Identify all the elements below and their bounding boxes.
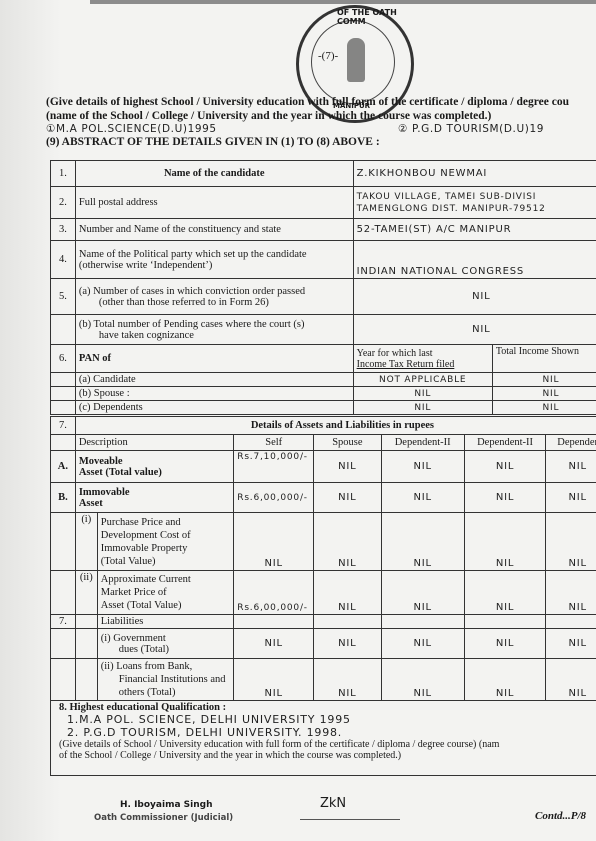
oath-commissioner-name: H. Iboyaima Singh — [120, 800, 213, 810]
blank-cell — [51, 513, 76, 571]
oath-commissioner-title: Oath Commissioner (Judicial) — [94, 813, 233, 823]
blank-cell — [234, 615, 314, 629]
header-self: Self — [234, 435, 314, 451]
label-line: (Total Value) — [101, 555, 231, 568]
value-self: Rs.6,00,000/- — [234, 571, 314, 615]
field-label: Purchase Price and Development Cost of I… — [97, 513, 234, 571]
value-dependent: NIL — [381, 629, 464, 659]
field-label: (ii) Loans from Bank,Financial Instituti… — [97, 659, 234, 701]
row-pan-header: 6. PAN of Year for which lastIncome Tax … — [51, 345, 596, 373]
continued-label: Contd...P/8 — [535, 810, 586, 822]
value-spouse: NIL — [314, 513, 381, 571]
blank-cell — [51, 373, 76, 387]
value-dependent: NIL — [546, 629, 596, 659]
value-dependent: NIL — [464, 659, 545, 701]
label-line: (i) Government — [101, 633, 231, 644]
row-pan-candidate: (a) Candidate NOT APPLICABLE NIL — [51, 373, 596, 387]
signature-line — [300, 819, 400, 820]
total-income-header: Total Income Shown — [492, 345, 596, 373]
label-line: Approximate Current — [101, 573, 231, 586]
row-moveable-asset: A. MoveableAsset (Total value) Rs.7,10,0… — [51, 451, 596, 483]
label-line: dues (Total) — [101, 644, 231, 655]
label-line: Market Price of — [101, 586, 231, 599]
label-line: Asset (Total Value) — [101, 599, 231, 612]
instruction-line-2: (name of the School / College / Universi… — [46, 110, 491, 122]
itr-year-header: Year for which lastIncome Tax Return fil… — [353, 345, 492, 373]
value-self: NIL — [234, 513, 314, 571]
field-label: PAN of — [75, 345, 353, 373]
label-line: Moveable — [79, 456, 230, 467]
row-code: (i) — [75, 513, 97, 571]
blank-cell — [51, 629, 76, 659]
row-pan-spouse: (b) Spouse : NIL NIL — [51, 387, 596, 401]
row-candidate-name: 1. Name of the candidate Z.KIKHONBOU NEW… — [51, 161, 596, 187]
address-line-1: TAKOU VILLAGE, TAMEI SUB-DIVISI — [357, 191, 596, 203]
field-label: ImmovableAsset — [75, 483, 233, 513]
field-label: (i) Governmentdues (Total) — [97, 629, 234, 659]
row-number: 7. — [51, 417, 76, 435]
pan-label: (b) Spouse : — [75, 387, 353, 401]
value-dependent: NIL — [546, 451, 596, 483]
candidate-signature: ZkN — [320, 796, 346, 811]
blank-cell — [51, 659, 76, 701]
candidate-name-value: Z.KIKHONBOU NEWMAI — [353, 161, 596, 187]
blank-cell — [314, 615, 381, 629]
pan-year: NIL — [353, 387, 492, 401]
blank-cell — [464, 615, 545, 629]
field-label: Name of the candidate — [75, 161, 353, 187]
education-entry-2: 2. P.G.D TOURISM, DELHI UNIVERSITY. 1998… — [59, 726, 596, 739]
row-code: (ii) — [75, 571, 97, 615]
value-dependent: NIL — [464, 483, 545, 513]
value-dependent: NIL — [546, 483, 596, 513]
section-8-title: 8. Highest educational Qualification : — [59, 702, 596, 713]
header-line: Year for which last — [357, 348, 489, 359]
row-number: 3. — [51, 219, 76, 241]
label-line: Asset — [79, 498, 230, 509]
blank-cell — [51, 435, 76, 451]
row-pan-dependents: (c) Dependents NIL NIL — [51, 401, 596, 415]
label-line: Financial Institutions and — [101, 673, 231, 686]
value-dependent: NIL — [381, 483, 464, 513]
value-spouse: NIL — [314, 571, 381, 615]
row-number: 2. — [51, 187, 76, 219]
row-number: 6. — [51, 345, 76, 373]
blank-cell — [75, 629, 97, 659]
abstract-table-top: 1. Name of the candidate Z.KIKHONBOU NEW… — [50, 160, 596, 415]
pan-year: NOT APPLICABLE — [353, 373, 492, 387]
conviction-value: NIL — [353, 279, 596, 315]
label-line: Purchase Price and — [101, 516, 231, 529]
value-spouse: NIL — [314, 659, 381, 701]
label-line: (ii) Loans from Bank, — [101, 660, 231, 673]
field-label: Number and Name of the constituency and … — [75, 219, 353, 241]
liabilities-label: Liabilities — [97, 615, 234, 629]
address-line-2: TAMENGLONG DIST. MANIPUR-79512 — [357, 203, 596, 215]
label-line: Asset (Total value) — [79, 467, 230, 478]
pending-value: NIL — [353, 315, 596, 345]
row-purchase-price: (i) Purchase Price and Development Cost … — [51, 513, 596, 571]
postal-address-value: TAKOU VILLAGE, TAMEI SUB-DIVISI TAMENGLO… — [353, 187, 596, 219]
label-line: have taken cognizance — [79, 330, 350, 341]
section-9-title: (9) ABSTRACT OF THE DETAILS GIVEN IN (1)… — [46, 136, 380, 148]
row-constituency: 3. Number and Name of the constituency a… — [51, 219, 596, 241]
row-market-price: (ii) Approximate Current Market Price of… — [51, 571, 596, 615]
value-dependent: NIL — [464, 629, 545, 659]
value-dependent: NIL — [464, 451, 545, 483]
education-entry-1: 1.M.A POL. SCIENCE, DELHI UNIVERSITY 199… — [59, 713, 596, 726]
assets-liabilities-table: 7. Details of Assets and Liabilities in … — [50, 416, 596, 701]
label-line: (b) Total number of Pending cases where … — [79, 319, 350, 330]
pan-label: (a) Candidate — [75, 373, 353, 387]
handwritten-edu-2: ② P.G.D TOURISM(D.U)19 — [398, 123, 544, 135]
header-dependent: Depender — [546, 435, 596, 451]
value-dependent: NIL — [381, 571, 464, 615]
row-number — [51, 315, 76, 345]
field-label: Approximate Current Market Price of Asse… — [97, 571, 234, 615]
label-line: Name of the Political party which set up… — [79, 249, 350, 260]
row-code: A. — [51, 451, 76, 483]
header-dependent: Dependent-II — [381, 435, 464, 451]
label-line: Immovable — [79, 487, 230, 498]
field-label: (a) Number of cases in which conviction … — [75, 279, 353, 315]
value-self: NIL — [234, 659, 314, 701]
value-dependent: NIL — [546, 571, 596, 615]
value-dependent: NIL — [381, 451, 464, 483]
field-label: MoveableAsset (Total value) — [75, 451, 233, 483]
row-liabilities-header: 7. Liabilities — [51, 615, 596, 629]
pan-income: NIL — [492, 401, 596, 415]
emblem-icon — [347, 38, 365, 82]
row-number: 7. — [51, 615, 76, 629]
row-political-party: 4. Name of the Political party which set… — [51, 241, 596, 279]
section-8-education: 8. Highest educational Qualification : 1… — [50, 700, 596, 776]
row-postal-address: 2. Full postal address TAKOU VILLAGE, TA… — [51, 187, 596, 219]
row-immovable-asset: B. ImmovableAsset Rs.6,00,000/- NIL NIL … — [51, 483, 596, 513]
assets-title: Details of Assets and Liabilities in rup… — [75, 417, 596, 435]
blank-cell — [381, 615, 464, 629]
value-self: NIL — [234, 629, 314, 659]
seal-top-text: OF THE OATH COMM — [337, 8, 411, 26]
pan-income: NIL — [492, 373, 596, 387]
blank-cell — [75, 659, 97, 701]
constituency-value: 52-TAMEI(ST) A/C MANIPUR — [353, 219, 596, 241]
pan-income: NIL — [492, 387, 596, 401]
value-self: Rs.6,00,000/- — [234, 483, 314, 513]
value-dependent: NIL — [464, 571, 545, 615]
header-description: Description — [75, 435, 233, 451]
label-line: (otherwise write ‘Independent’) — [79, 260, 350, 271]
party-value: INDIAN NATIONAL CONGRESS — [353, 241, 596, 279]
label-line: (other than those referred to in Form 26… — [79, 297, 350, 308]
education-note-1: (Give details of School / University edu… — [59, 739, 596, 750]
scan-edge — [90, 0, 596, 4]
value-dependent: NIL — [464, 513, 545, 571]
header-spouse: Spouse — [314, 435, 381, 451]
label-line: Development Cost of — [101, 529, 231, 542]
row-number: 4. — [51, 241, 76, 279]
header-line: Income Tax Return filed — [357, 359, 489, 370]
field-label: Full postal address — [75, 187, 353, 219]
value-dependent: NIL — [381, 659, 464, 701]
value-dependent: NIL — [546, 659, 596, 701]
row-number: 1. — [51, 161, 76, 187]
label-line: (a) Number of cases in which conviction … — [79, 286, 350, 297]
label-line: Immovable Property — [101, 542, 231, 555]
row-bank-loans: (ii) Loans from Bank,Financial Instituti… — [51, 659, 596, 701]
value-dependent: NIL — [381, 513, 464, 571]
handwritten-edu-1: ①M.A POL.SCIENCE(D.U)1995 — [46, 123, 217, 135]
page-number: -(7)- — [318, 50, 338, 62]
label-line: others (Total) — [101, 686, 231, 699]
blank-cell — [51, 571, 76, 615]
blank-cell — [75, 615, 97, 629]
header-dependent: Dependent-II — [464, 435, 545, 451]
value-spouse: NIL — [314, 629, 381, 659]
blank-cell — [546, 615, 596, 629]
row-government-dues: (i) Governmentdues (Total) NIL NIL NIL N… — [51, 629, 596, 659]
row-assets-headers: Description Self Spouse Dependent-II Dep… — [51, 435, 596, 451]
value-spouse: NIL — [314, 451, 381, 483]
row-conviction-cases: 5. (a) Number of cases in which convicti… — [51, 279, 596, 315]
pan-label: (c) Dependents — [75, 401, 353, 415]
value-self: Rs.7,10,000/- — [234, 451, 314, 483]
field-label: (b) Total number of Pending cases where … — [75, 315, 353, 345]
blank-cell — [51, 401, 76, 415]
row-code: B. — [51, 483, 76, 513]
pan-year: NIL — [353, 401, 492, 415]
instruction-line-1: (Give details of highest School / Univer… — [46, 96, 569, 108]
value-dependent: NIL — [546, 513, 596, 571]
value-spouse: NIL — [314, 483, 381, 513]
row-pending-cases: (b) Total number of Pending cases where … — [51, 315, 596, 345]
row-assets-title: 7. Details of Assets and Liabilities in … — [51, 417, 596, 435]
blank-cell — [51, 387, 76, 401]
row-number: 5. — [51, 279, 76, 315]
field-label: Name of the Political party which set up… — [75, 241, 353, 279]
education-note-2: of the School / College / University and… — [59, 750, 596, 761]
